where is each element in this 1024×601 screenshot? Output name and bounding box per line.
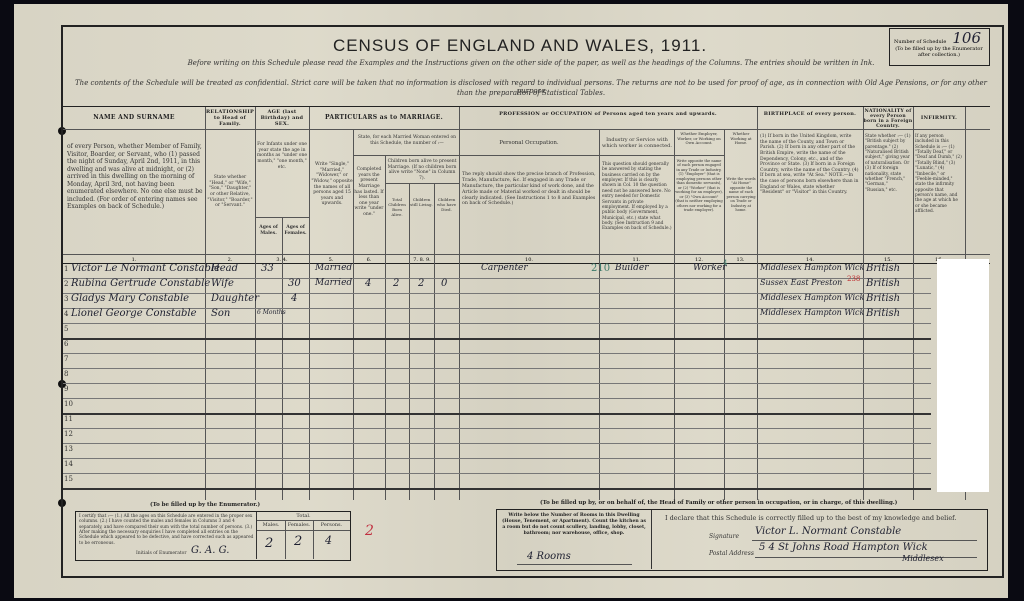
ages-females-label: Ages of Females. (282, 225, 309, 236)
signature-label: Signature (709, 533, 739, 540)
age-female: 30 (288, 278, 301, 289)
confidential-text-2: than the preparation of Statistical Tabl… (66, 89, 996, 97)
females-total: 2 (294, 534, 302, 549)
born-alive: 2 (393, 278, 399, 289)
col-2-heading: RELATIONSHIP to Head of Family. (205, 109, 255, 127)
postal-address-county: Middlesex (902, 554, 944, 563)
table-row: 14 (63, 458, 931, 474)
col-14-body: (1) If born in the United Kingdom, write… (760, 134, 860, 196)
birthplace-code: 238 (847, 275, 860, 283)
row-number: 3 (64, 295, 68, 303)
col-12-body: Write opposite the name of each person e… (675, 159, 723, 213)
col-5-body: Write "Single," "Married," "Widower," or… (311, 162, 353, 207)
col-3-4-body: For Infants under one year state the age… (257, 142, 307, 170)
table-row: 12 (63, 428, 931, 444)
table-row: 15 (63, 473, 931, 490)
marriage: Married (315, 263, 352, 273)
occupation-code: 210 (591, 263, 610, 274)
table-row: 6 (63, 338, 931, 354)
age-male: 6 Months (257, 309, 286, 316)
birthplace: Middlesex Hampton Wick (760, 293, 864, 302)
schedule-number: 106 (952, 29, 981, 47)
col-16-body: If any person included in this Schedule … (915, 134, 963, 214)
table-row: 4 Lionel George Constable Son 6 Months M… (63, 308, 931, 324)
col-10-heading: PROFESSION or OCCUPATION of Persons aged… (459, 111, 757, 117)
relationship: Wife (211, 278, 234, 289)
children-heading: Children born alive to present Marriage.… (386, 159, 458, 182)
col-2-body: State whether "Head," or "Wife," "Son," … (207, 175, 253, 209)
postal-address-label: Postal Address (709, 550, 754, 557)
enumerator-box: I certify that :— (1.) All the ages on t… (75, 511, 351, 561)
rooms-instruction: Write below the Number of Rooms in this … (500, 513, 648, 537)
row-number: 5 (64, 325, 68, 333)
col-3-4-heading: AGE (last Birthday) and SEX. (255, 109, 309, 127)
person-name: Victor Le Normant Constable (71, 263, 220, 274)
row-number: 10 (64, 400, 73, 408)
row-number: 13 (64, 445, 73, 453)
row-number: 4 (64, 310, 68, 318)
employment-status: Worker (693, 263, 726, 273)
nationality: British (866, 308, 900, 319)
table-row: 9 (63, 383, 931, 399)
row-number: 9 (64, 385, 68, 393)
person-name: Lionel George Constable (71, 308, 197, 319)
enumerator-certification: I certify that :— (1.) All the ages on t… (79, 514, 254, 546)
col-10-body: The reply should show the precise branch… (462, 172, 597, 207)
row-number: 6 (64, 340, 68, 348)
marriage: Married (315, 278, 352, 288)
birthplace: Middlesex Hampton Wick (760, 263, 864, 272)
household-heading: (To be filled up by, or on behalf of, th… (540, 500, 897, 506)
females-label: Females. (285, 522, 313, 528)
row-number: 8 (64, 370, 68, 378)
birthplace: Sussex East Preston (760, 278, 842, 287)
instructions-text: Before writing on this Schedule please r… (66, 59, 996, 67)
schedule-note: (To be filled up by the Enumerator after… (894, 46, 984, 58)
persons-total: 4 (325, 534, 332, 547)
col-1-body: of every Person, whether Member of Famil… (67, 143, 203, 211)
males-label: Males. (257, 522, 285, 528)
schedule-number-label: Number of Schedule (894, 39, 946, 45)
col-11-body: This question should generally be answer… (602, 162, 672, 232)
males-total: 2 (265, 536, 273, 551)
total-label: Total. (257, 513, 350, 519)
row-number: 1 (64, 265, 68, 273)
col-12-heading: Whether Employer, Worker, or Working on … (675, 132, 723, 146)
age-male: 33 (261, 263, 274, 274)
red-annotation: 2 (365, 523, 374, 539)
col-11-heading: Industry or Service with which worker is… (601, 137, 673, 150)
schedule-number-box: Number of Schedule 106 (To be filled up … (889, 28, 990, 66)
col-16-heading: INFIRMITY. (913, 115, 965, 121)
row-number: 14 (64, 460, 73, 468)
nationality: British (866, 278, 900, 289)
row-number: 11 (64, 415, 73, 423)
table-row: 8 (63, 368, 931, 384)
table-row: 3 Gladys Mary Constable Daughter 4 Middl… (63, 293, 931, 309)
ages-males-label: Ages of Males. (255, 225, 282, 236)
relationship: Head (211, 263, 238, 274)
persons-label: Persons. (313, 522, 350, 528)
row-number: 15 (64, 475, 73, 483)
employment-code: 4 (723, 259, 727, 267)
row-number: 12 (64, 430, 73, 438)
col-6-body: Completed years the present Marriage has… (354, 167, 384, 218)
rooms-count: 4 Rooms (527, 551, 571, 562)
col-14-heading: BIRTHPLACE of every person. (757, 111, 863, 117)
nationality: British (866, 293, 900, 304)
row-number: 7 (64, 355, 68, 363)
nationality: British (866, 263, 900, 274)
col-13-body: Write the words "At Home" opposite the n… (725, 177, 757, 213)
redacted-infirmity-column (937, 259, 989, 492)
table-row: 1 Victor Le Normant Constable Head 33 Ma… (63, 263, 931, 279)
still-living-label: Children still Living. (410, 197, 433, 207)
years-married: 4 (365, 278, 371, 289)
col-15-heading: NATIONALITY of every Person born in a Fo… (863, 109, 913, 129)
postal-address: 5 4 St Johns Road Hampton Wick (759, 542, 928, 553)
page-title: CENSUS OF ENGLAND AND WALES, 1911. (300, 36, 740, 56)
enumerator-initials: G. A. G. (191, 545, 229, 556)
have-died: 0 (441, 278, 447, 289)
initials-label: Initials of Enumerator (136, 551, 187, 556)
row-number: 2 (64, 280, 68, 288)
table-row: 11 (63, 413, 931, 429)
occupation: Carpenter (481, 263, 528, 273)
personal-occupation-heading: Personal Occupation. (459, 140, 599, 147)
col-15-body: State whether :— (1) "British subject by… (865, 134, 911, 193)
industry: Builder (615, 263, 649, 273)
table-row: 7 (63, 353, 931, 369)
household-box: Write below the Number of Rooms in this … (496, 509, 988, 571)
relationship: Daughter (211, 293, 259, 304)
total-born-alive-label: Total Children Born Alive. (386, 197, 408, 217)
person-name: Gladys Mary Constable (71, 293, 189, 304)
relationship: Son (211, 308, 230, 319)
col-13-heading: Whether Working at Home. (725, 132, 757, 146)
signature: Victor L. Normant Constable (755, 526, 901, 537)
person-name: Rubina Gertrude Constable (71, 278, 210, 289)
enumerator-heading: (To be filled up by the Enumerator.) (150, 502, 260, 508)
age-female: 4 (291, 293, 297, 304)
still-living: 2 (418, 278, 424, 289)
birthplace: Middlesex Hampton Wick (760, 308, 864, 317)
table-row: 2 Rubina Gertrude Constable Wife 30 Marr… (63, 278, 931, 294)
col-1-heading: NAME AND SURNAME (63, 114, 205, 121)
col-5-heading: PARTICULARS as to MARRIAGE. (309, 114, 459, 121)
have-died-label: Children who have Died. (435, 197, 458, 212)
married-woman-heading: State, for each Married Woman entered on… (355, 135, 459, 146)
declaration-text: I declare that this Schedule is correctl… (665, 514, 956, 522)
table-row: 13 (63, 443, 931, 459)
